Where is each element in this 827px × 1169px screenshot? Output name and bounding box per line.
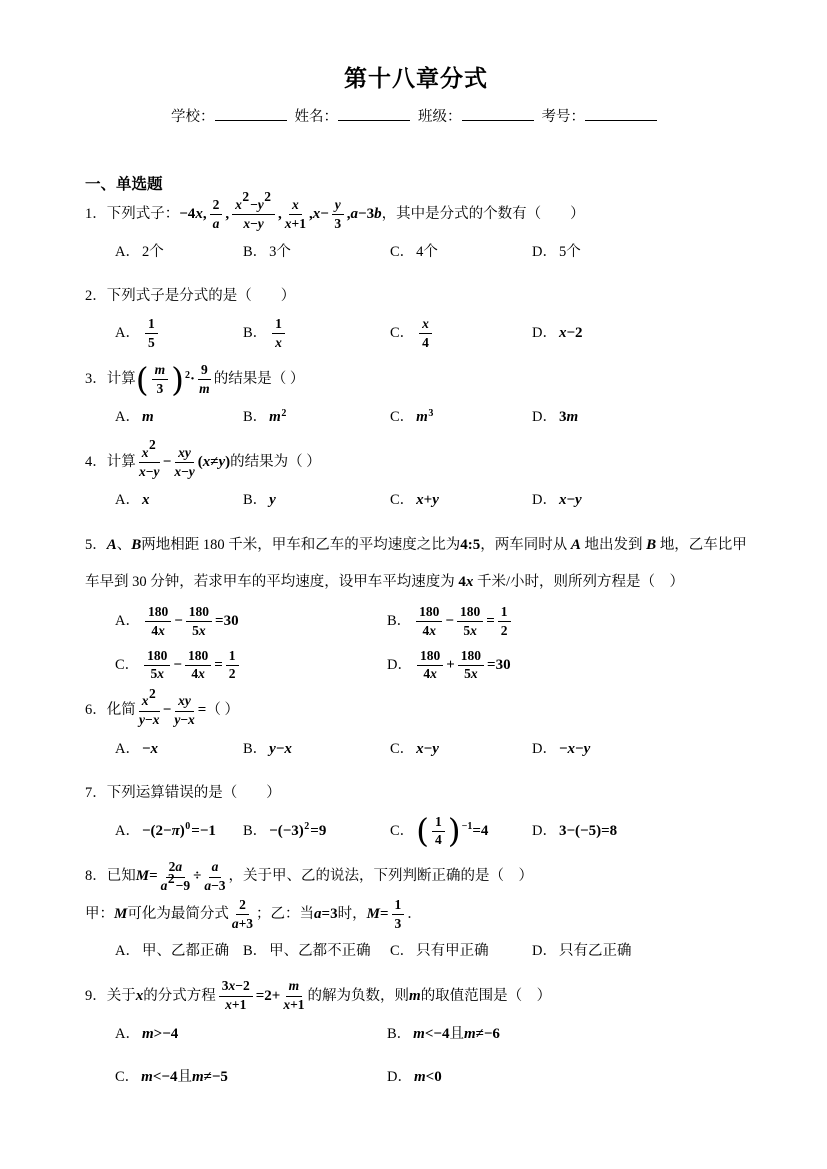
option-label: B． (243, 325, 267, 341)
math-run: 1 (275, 316, 282, 331)
option-label: A． (115, 492, 140, 508)
fraction: x4 (419, 316, 432, 352)
superscript: 2 (149, 437, 156, 454)
option-label: B． (243, 492, 267, 508)
question-options: A．1804x−1805x=30B．1804x−1805x=12C．1805x−… (115, 604, 747, 684)
option-c: C．x−y (390, 732, 532, 767)
math-run: 9 (201, 362, 208, 377)
option-a: A．m (115, 400, 243, 435)
math-run: 4 (435, 832, 442, 847)
question-7: 7．下列运算错误的是（ ）A．−(2−π)0=−1B．−(−3)2=9C．(14… (85, 775, 747, 849)
option-label: A． (115, 325, 140, 341)
math-run: a (212, 859, 219, 874)
option-c: C．1805x−1804x=12 (115, 648, 387, 684)
option-a: A．m>−4 (115, 1017, 387, 1052)
fraction: xyx−y (174, 445, 194, 481)
text-run: 2个 (142, 244, 164, 260)
question-stem: 4．计算x2x−y−xyx−y(x≠y)的结果为（ ） (85, 444, 747, 482)
fraction-numerator: 180 (145, 604, 171, 622)
option-label: C． (390, 741, 414, 757)
fraction: xx+1 (285, 197, 306, 233)
math-run: − (445, 613, 454, 629)
math-run: x+1 (225, 997, 246, 1012)
page-title: 第十八章分式 (85, 60, 747, 93)
fraction-denominator: 4 (435, 832, 442, 849)
math-run: x−y (174, 464, 194, 479)
option-label: C． (390, 325, 414, 341)
text-run: 关于 (107, 988, 136, 1004)
text-run: 地出发到 (581, 537, 646, 553)
option-label: C． (390, 823, 414, 839)
fraction-denominator: 5 (148, 334, 155, 351)
fraction-denominator: y−x (139, 712, 159, 729)
option-c: C．(14)−1=4 (390, 814, 532, 850)
fraction-denominator: 2 (501, 622, 508, 639)
fraction-denominator: x+1 (285, 215, 306, 232)
fraction-numerator: m (286, 978, 303, 996)
math-run: 5x (192, 623, 206, 638)
fraction-denominator: 4x (151, 622, 165, 639)
option-b: B．甲、乙都不正确 (243, 935, 390, 968)
option-label: D． (387, 1069, 412, 1085)
math-run: m (416, 409, 428, 425)
math-run: =2+ (256, 988, 281, 1004)
fraction: 2a+3 (232, 897, 253, 933)
header-field-1: 学校： (171, 105, 291, 126)
option-b: B．m2 (243, 400, 390, 435)
math-run: m≠−6 (464, 1026, 500, 1042)
math-run: m (269, 409, 281, 425)
math-run: 180 (189, 604, 209, 619)
question-2: 2．下列式子是分式的是（ ）A．15B．1xC．x4D．x−2 (85, 278, 747, 352)
option-b: B．y−x (243, 732, 390, 767)
option-a: A．x (115, 483, 243, 518)
option-d: D．1804x+1805x=30 (387, 648, 747, 684)
fraction-numerator: x (419, 316, 432, 334)
math-run: x−y (559, 492, 582, 508)
paren-group: (m3)2 (136, 362, 190, 398)
math-run: 4x (151, 623, 165, 638)
option-c: C．x+y (390, 483, 532, 518)
fraction-denominator: a+3 (232, 915, 253, 932)
paren-exponent: −1 (462, 815, 473, 838)
fraction-denominator: 3 (157, 380, 164, 397)
option-label: C． (390, 409, 414, 425)
question-9: 9．关于x的分式方程3x−2x+1=2+mx+1的解为负数，则m的取值范围是（ … (85, 978, 747, 1095)
math-run: + (446, 657, 455, 673)
option-a: A．甲、乙都正确 (115, 935, 243, 968)
math-run: −x (142, 741, 158, 757)
math-run: M= (136, 868, 158, 884)
question-stem: 5．A、B两地相距 180 千米，甲车和乙车的平均速度之比为4:5，两车同时从 … (85, 527, 747, 602)
math-run: x (142, 693, 149, 708)
math-run: 2 (229, 666, 236, 681)
option-a: A．−x (115, 732, 243, 767)
math-run: − (174, 613, 183, 629)
fraction-numerator: x (289, 197, 302, 215)
math-run: − (163, 702, 172, 718)
math-run: 5 (148, 335, 155, 350)
text-run: ，关于甲、乙的说法，下列判断正确的是（ ） (229, 868, 534, 884)
fraction-denominator: 2 (229, 666, 236, 683)
option-label: D． (532, 244, 557, 260)
math-run: m (155, 362, 166, 377)
fraction: 13 (392, 897, 405, 933)
question-options: A．−(2−π)0=−1B．−(−3)2=9C．(14)−1=4D．3−(−5)… (115, 814, 747, 850)
math-run: B (131, 537, 141, 553)
question-number: 4． (85, 454, 107, 470)
question-options: A．−xB．y−xC．x−yD．−x−y (115, 732, 747, 767)
math-run: · (190, 371, 195, 387)
text-run: 千米/小时，则所列方程是（ ） (473, 574, 684, 590)
fraction-denominator: 4x (423, 622, 437, 639)
math-run: y−x (174, 712, 194, 727)
math-run: −x−y (559, 741, 590, 757)
math-run: m (409, 988, 421, 1004)
option-b: B．3个 (243, 236, 390, 269)
header-field-label: 姓名： (295, 109, 339, 125)
math-run: y−x (139, 712, 159, 727)
fraction-denominator: a2−9 (161, 878, 190, 895)
fraction-numerator: 2 (210, 197, 223, 215)
text-run: 可化为最简分式 (127, 906, 229, 922)
fraction: 1805x (457, 604, 483, 640)
fraction: 1804x (416, 604, 442, 640)
text-run: （ ） (206, 702, 239, 718)
text-run: 、 (117, 537, 132, 553)
fraction-numerator: 1 (272, 316, 285, 334)
question-sub-statement: 甲：M可化为最简分式2a+3；乙：当a=3时，M=13． (85, 896, 747, 934)
option-d: D．x−2 (532, 316, 747, 352)
math-run: −y (250, 197, 264, 212)
math-run: −(2−π) (142, 823, 185, 839)
header-field-2: 姓名： (295, 105, 415, 126)
fraction: 14 (432, 814, 445, 850)
fraction: 2a (210, 197, 223, 233)
option-label: D． (532, 409, 557, 425)
fraction-denominator: m (199, 380, 210, 397)
math-run: 180 (147, 648, 167, 663)
text-run: 化简 (107, 702, 136, 718)
question-6: 6．化简x2y−x−xyy−x=（ ）A．−xB．y−xC．x−yD．−x−y (85, 692, 747, 766)
fraction-numerator: 180 (416, 604, 442, 622)
fraction-numerator: xy (175, 693, 194, 711)
paren-group: (14)−1 (416, 814, 472, 850)
math-run: a (213, 216, 220, 231)
fraction-denominator: x−y (139, 463, 159, 480)
math-run: M (114, 906, 127, 922)
fraction-numerator: 180 (458, 648, 484, 666)
math-run: (x≠y) (198, 454, 230, 470)
fraction: 1804x (145, 604, 171, 640)
math-run: − (173, 657, 182, 673)
math-run: −(−3) (269, 823, 304, 839)
question-stem: 8．已知M=2aa2−9÷aa−3，关于甲、乙的说法，下列判断正确的是（ ） (85, 858, 747, 896)
fraction-numerator: 9 (198, 362, 211, 380)
math-run: B (646, 537, 656, 553)
fraction-numerator: 1 (392, 897, 405, 915)
option-label: C． (115, 657, 139, 673)
math-run: −9 (176, 878, 190, 893)
fraction-denominator: 5x (151, 666, 165, 683)
question-options: A．xB．yC．x+yD．x−y (115, 483, 747, 518)
option-label: B． (387, 613, 411, 629)
math-run: 4 (422, 335, 429, 350)
text-run: 下列式子是分式的是（ ） (107, 288, 296, 304)
question-options: A．mB．m2C．m3D．3m (115, 400, 747, 435)
fill-in-blank (585, 106, 657, 121)
question-stem: 7．下列运算错误的是（ ） (85, 775, 747, 811)
fraction-numerator: y (332, 197, 344, 215)
math-run: =30 (487, 657, 511, 673)
fill-in-blank (338, 106, 410, 121)
text-run: 的结果为（ ） (230, 454, 321, 470)
math-run: x (422, 316, 429, 331)
math-run: 4x (423, 623, 437, 638)
text-run: 两地相距 180 千米，甲车和乙车的平均速度之比为 (141, 537, 460, 553)
header-field-label: 班级： (418, 109, 462, 125)
text-run: 且 (449, 1026, 464, 1042)
math-run: m<0 (414, 1069, 442, 1085)
option-d: D．−x−y (532, 732, 747, 767)
math-run: , (278, 206, 282, 222)
question-number: 5． (85, 537, 107, 553)
section-heading: 一、单选题 (85, 172, 747, 194)
text-run: 的分式方程 (143, 988, 216, 1004)
text-run: ；乙：当 (256, 906, 314, 922)
option-c: C．m3 (390, 400, 532, 435)
math-run: 3 (395, 916, 402, 931)
math-run: m≠−5 (192, 1069, 228, 1085)
math-run: 2 (501, 623, 508, 638)
question-number: 2． (85, 288, 107, 304)
fraction: 12 (498, 604, 511, 640)
text-run: 下列运算错误的是（ ） (107, 785, 281, 801)
fraction-numerator: xy (175, 445, 194, 463)
option-a: A．1804x−1805x=30 (115, 604, 387, 640)
option-d: D．m<0 (387, 1060, 747, 1095)
fraction: x2x−y (139, 445, 160, 481)
math-run: 5x (464, 666, 478, 681)
math-run: a=3 (314, 906, 338, 922)
question-number: 9． (85, 988, 107, 1004)
option-d: D．5个 (532, 236, 747, 269)
math-run: = (486, 613, 495, 629)
fraction-denominator: 3 (334, 215, 341, 232)
fraction-denominator: x+1 (225, 997, 246, 1014)
fraction: 1804x (417, 648, 443, 684)
superscript: 2 (304, 815, 309, 838)
text-run: 只有乙正确 (559, 943, 632, 959)
header-field-3: 班级： (418, 105, 538, 126)
fraction-denominator: a (213, 215, 220, 232)
math-run: 3 (334, 216, 341, 231)
option-label: D． (532, 943, 557, 959)
math-run: m (289, 978, 300, 993)
math-run: 2 (213, 197, 220, 212)
math-run: M= (367, 906, 389, 922)
math-run: 1 (229, 648, 236, 663)
fraction: m3 (152, 362, 169, 398)
math-run: 180 (460, 604, 480, 619)
option-label: D． (532, 325, 557, 341)
fraction: xyy−x (174, 693, 194, 729)
text-run: 甲、乙都不正确 (269, 943, 371, 959)
option-a: A．2个 (115, 236, 243, 269)
fraction-numerator: 180 (457, 604, 483, 622)
option-a: A．15 (115, 316, 243, 352)
superscript: 2 (242, 189, 249, 206)
question-5: 5．A、B两地相距 180 千米，甲车和乙车的平均速度之比为4:5，两车同时从 … (85, 527, 747, 684)
math-run: m<−4 (413, 1026, 449, 1042)
math-run: 180 (148, 604, 168, 619)
math-run: 4x (191, 666, 205, 681)
option-label: B． (243, 244, 267, 260)
fraction: 3x−2x+1 (219, 978, 253, 1014)
fraction: 12 (226, 648, 239, 684)
fraction: x2−y2x−y (232, 197, 275, 233)
fraction-numerator: 180 (185, 648, 211, 666)
math-run: 3x−2 (222, 978, 250, 993)
math-run: 180 (419, 604, 439, 619)
fraction-denominator: x−y (174, 463, 194, 480)
text-run: ，其中是分式的个数有（ ） (382, 206, 585, 222)
header-field-4: 考号： (542, 105, 662, 126)
header-field-label: 学校： (171, 109, 215, 125)
math-run: 1 (395, 897, 402, 912)
math-run: a (161, 878, 168, 893)
superscript: 2 (168, 871, 175, 888)
text-run: 的解为负数，则 (308, 988, 410, 1004)
fraction-numerator: x2 (139, 693, 160, 711)
option-d: D．只有乙正确 (532, 935, 747, 968)
math-run: m (199, 381, 210, 396)
question-1: 1．下列式子：−4x,2a,x2−y2x−y,xx+1,x−y3,a−3b，其中… (85, 196, 747, 269)
fraction: 1x (272, 316, 285, 352)
open-paren-icon: ( (136, 365, 149, 395)
text-run: ． (407, 906, 422, 922)
option-label: D． (532, 823, 557, 839)
fraction: 2aa2−9 (161, 859, 190, 895)
math-run: , (225, 206, 229, 222)
fraction-denominator: 4 (422, 334, 429, 351)
math-run: xy (178, 693, 191, 708)
question-options: A．15B．1xC．x4D．x−2 (115, 316, 747, 352)
fraction-numerator: 2 (236, 897, 249, 915)
text-run: 时， (338, 906, 367, 922)
student-info-line: 学校：姓名：班级：考号： (85, 105, 747, 126)
fraction-denominator: 4x (423, 666, 437, 683)
fraction-denominator: a−3 (204, 878, 225, 895)
fraction-numerator: 1 (226, 648, 239, 666)
math-run: ÷ (193, 868, 201, 884)
math-run: = (214, 657, 223, 673)
fraction-denominator: x−y (243, 215, 263, 232)
header-field-label: 考号： (542, 109, 586, 125)
open-paren-icon: ( (416, 816, 429, 846)
math-run: 1 (148, 316, 155, 331)
fraction-numerator: 1 (498, 604, 511, 622)
question-list: 1．下列式子：−4x,2a,x2−y2x−y,xx+1,x−y3,a−3b，其中… (85, 196, 747, 1094)
text-run: ，两车同时从 (480, 537, 571, 553)
math-run: 1 (435, 814, 442, 829)
math-run: x (142, 445, 149, 460)
math-run: =−1 (191, 823, 216, 839)
question-number: 1． (85, 206, 107, 222)
option-d: D．3−(−5)=8 (532, 814, 747, 850)
fill-in-blank (462, 106, 534, 121)
option-label: C． (390, 943, 414, 959)
fraction: aa−3 (204, 859, 225, 895)
math-run: x+1 (285, 216, 306, 231)
text-run: 甲： (85, 906, 114, 922)
question-number: 7． (85, 785, 107, 801)
option-b: B．y (243, 483, 390, 518)
math-run: x−y (243, 216, 263, 231)
question-8: 8．已知M=2aa2−9÷aa−3，关于甲、乙的说法，下列判断正确的是（ ）甲：… (85, 858, 747, 968)
fraction: 9m (198, 362, 211, 398)
option-label: D． (532, 492, 557, 508)
option-label: B． (387, 1026, 411, 1042)
option-c: C．x4 (390, 316, 532, 352)
question-number: 6． (85, 702, 107, 718)
math-run: −4x, (179, 206, 206, 222)
option-c: C．m<−4且m≠−5 (115, 1060, 387, 1095)
option-b: B．−(−3)2=9 (243, 814, 390, 850)
math-run: 4x (458, 574, 473, 590)
option-label: A． (115, 409, 140, 425)
fraction-denominator: 4x (191, 666, 205, 683)
fraction: 1805x (186, 604, 212, 640)
math-run: 180 (188, 648, 208, 663)
math-run: 180 (461, 648, 481, 663)
fraction: 1804x (185, 648, 211, 684)
text-run: 5个 (559, 244, 581, 260)
math-run: m<−4 (141, 1069, 177, 1085)
math-run: a+3 (232, 916, 253, 931)
math-run: xy (178, 445, 191, 460)
math-run: x (235, 197, 242, 212)
math-run: 5x (463, 623, 477, 638)
fraction: mx+1 (283, 978, 304, 1014)
text-run: 且 (177, 1069, 192, 1085)
fraction: x2y−x (139, 693, 160, 729)
math-run: x−y (139, 464, 159, 479)
math-run: x (292, 197, 299, 212)
question-options: A．甲、乙都正确B．甲、乙都不正确C．只有甲正确D．只有乙正确 (115, 935, 747, 968)
option-b: B．m<−4且m≠−6 (387, 1017, 747, 1052)
fraction-numerator: m (152, 362, 169, 380)
option-label: B． (243, 943, 267, 959)
math-run: 3−(−5)=8 (559, 823, 617, 839)
question-4: 4．计算x2x−y−xyx−y(x≠y)的结果为（ ）A．xB．yC．x+yD．… (85, 444, 747, 518)
option-a: A．−(2−π)0=−1 (115, 814, 243, 850)
option-c: C．只有甲正确 (390, 935, 532, 968)
option-c: C．4个 (390, 236, 532, 269)
question-number: 8． (85, 868, 107, 884)
fraction: 1805x (458, 648, 484, 684)
fraction-denominator: x+1 (283, 997, 304, 1014)
math-run: x+y (416, 492, 439, 508)
question-3: 3．计算(m3)2·9m的结果是（ ）A．mB．m2C．m3D．3m (85, 361, 747, 435)
question-stem: 3．计算(m3)2·9m的结果是（ ） (85, 361, 747, 399)
fraction: 1805x (144, 648, 170, 684)
fraction-numerator: 180 (186, 604, 212, 622)
option-b: B．1x (243, 316, 390, 352)
fraction: 15 (145, 316, 158, 352)
math-run: x−y (416, 741, 439, 757)
math-run: A (107, 537, 117, 553)
